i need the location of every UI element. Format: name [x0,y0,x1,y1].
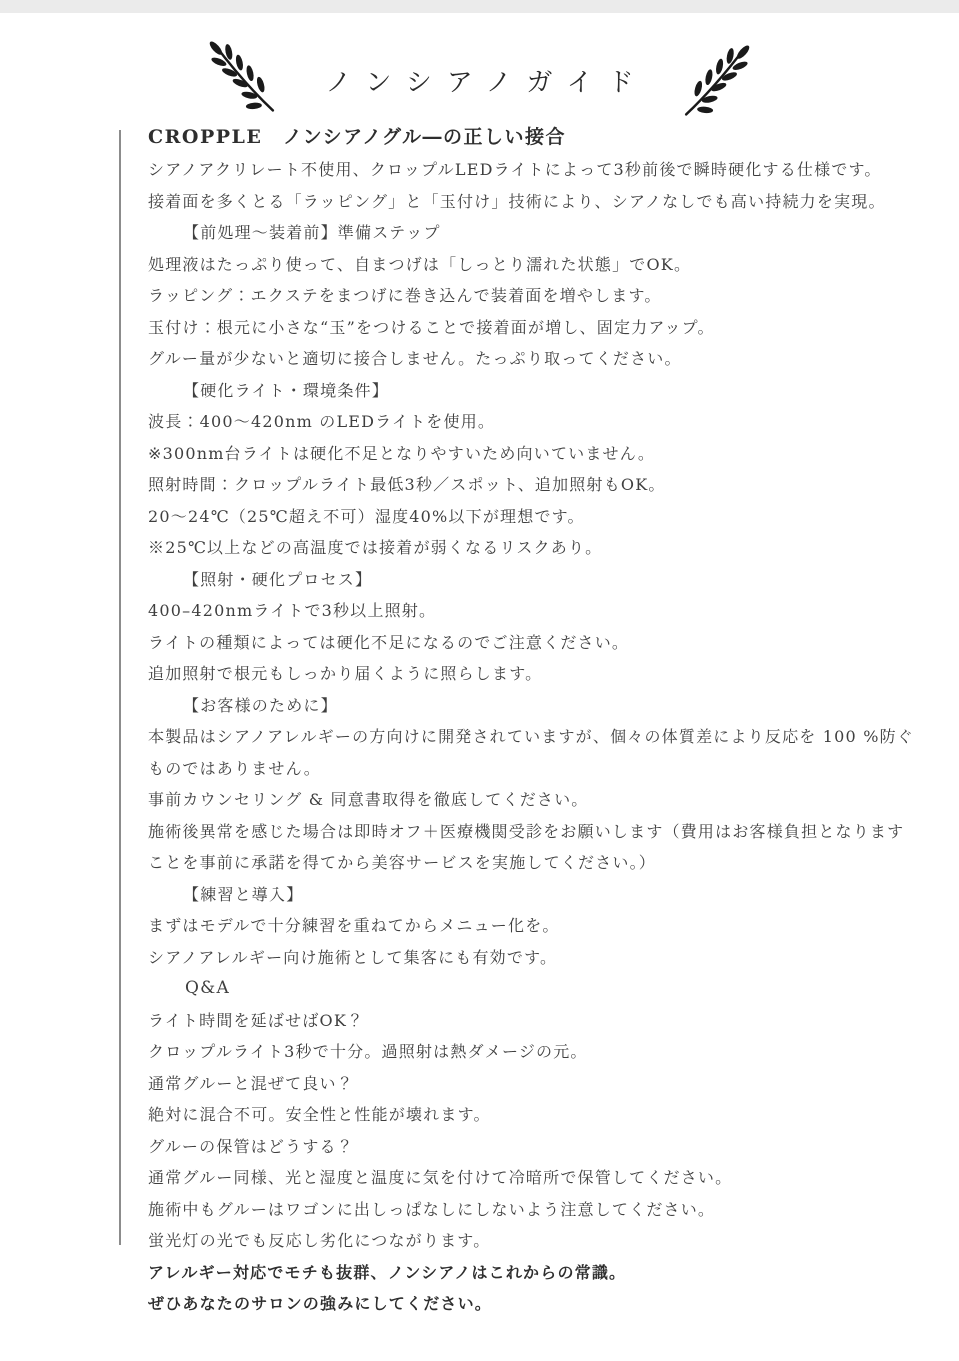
text-line: 【練習と導入】 [148,879,908,911]
text-line: 【照射・硬化プロセス】 [148,564,908,596]
document-content: CROPPLE ノンシアノグル―の正しい接合 シアノアクリレート不使用、クロップ… [148,120,908,1320]
text-line: ライトの種類によっては硬化不足になるのでご注意ください。 [148,627,908,659]
left-margin-rule [119,130,121,1245]
text-line: 通常グルーと混ぜて良い？ [148,1068,908,1100]
text-line: 施術後異常を感じた場合は即時オフ＋医療機関受診をお願いします（費用はお客様負担と… [148,816,908,848]
text-line: 蛍光灯の光でも反応し劣化につながります。 [148,1225,908,1257]
text-line: アレルギー対応でモチも抜群、ノンシアノはこれからの常識。 [148,1257,908,1289]
text-line: ※25℃以上などの高温度では接着が弱くなるリスクあり。 [148,532,908,564]
text-line: ことを事前に承諾を得てから美容サービスを実施してください。） [148,847,908,879]
text-line: シアノアレルギー向け施術として集客にも有効です。 [148,942,908,974]
text-line: 通常グルー同様、光と湿度と温度に気を付けて冷暗所で保管してください。 [148,1162,908,1194]
text-line: 400–420nmライトで3秒以上照射。 [148,595,908,627]
text-line: クロップルライト3秒で十分。過照射は熱ダメージの元。 [148,1036,908,1068]
text-line: グルー量が少ないと適切に接合しません。たっぷり取ってください。 [148,343,908,375]
text-line: まずはモデルで十分練習を重ねてからメニュー化を。 [148,910,908,942]
text-line: 施術中もグルーはワゴンに出しっぱなしにしないよう注意してください。 [148,1194,908,1226]
text-line: 事前カウンセリング & 同意書取得を徹底してください。 [148,784,908,816]
text-line: グルーの保管はどうする？ [148,1131,908,1163]
text-line: 本製品はシアノアレルギーの方向けに開発されていますが、個々の体質差により反応を … [148,721,908,753]
text-line: シアノアクリレート不使用、クロップルLEDライトによって3秒前後で瞬時硬化する仕… [148,154,908,186]
document-lines: シアノアクリレート不使用、クロップルLEDライトによって3秒前後で瞬時硬化する仕… [148,154,908,1320]
document-page: ノンシアノガイド CROPPLE ノンシアノグル―の正しい接合 シアノアクリレー… [0,0,959,1361]
text-line: 追加照射で根元もしっかり届くように照らします。 [148,658,908,690]
text-line: 20～24℃（25℃超え不可）湿度40%以下が理想です。 [148,501,908,533]
document-heading: CROPPLE ノンシアノグル―の正しい接合 [148,120,908,154]
text-line: 【お客様のために】 [148,690,908,722]
text-line: 波長：400～420nm のLEDライトを使用。 [148,406,908,438]
text-line: ラッピング：エクステをまつげに巻き込んで装着面を増やします。 [148,280,908,312]
title-row: ノンシアノガイド [0,40,959,120]
text-line: 処理液はたっぷり使って、自まつげは「しっとり濡れた状態」でOK。 [148,249,908,281]
laurel-branch-right-icon [677,43,753,119]
text-line: ライト時間を延ばせばOK？ [148,1005,908,1037]
text-line: 【硬化ライト・環境条件】 [148,375,908,407]
text-line: 【前処理～装着前】準備ステップ [148,217,908,249]
text-line: 玉付け：根元に小さな“玉”をつけることで接着面が増し、固定力アップ。 [148,312,908,344]
text-line: 接着面を多くとる「ラッピング」と「玉付け」技術により、シアノなしでも高い持続力を… [148,186,908,218]
page-title: ノンシアノガイド [310,62,648,99]
top-border-strip [0,0,959,13]
text-line: 絶対に混合不可。安全性と性能が壊れます。 [148,1099,908,1131]
text-line: ぜひあなたのサロンの強みにしてください。 [148,1288,908,1320]
text-line: 照射時間：クロップルライト最低3秒／スポット、追加照射もOK。 [148,469,908,501]
text-line: Q&A [148,973,908,1005]
text-line: ※300nm台ライトは硬化不足となりやすいため向いていません。 [148,438,908,470]
text-line: ものではありません。 [148,753,908,785]
laurel-branch-left-icon [206,39,282,115]
